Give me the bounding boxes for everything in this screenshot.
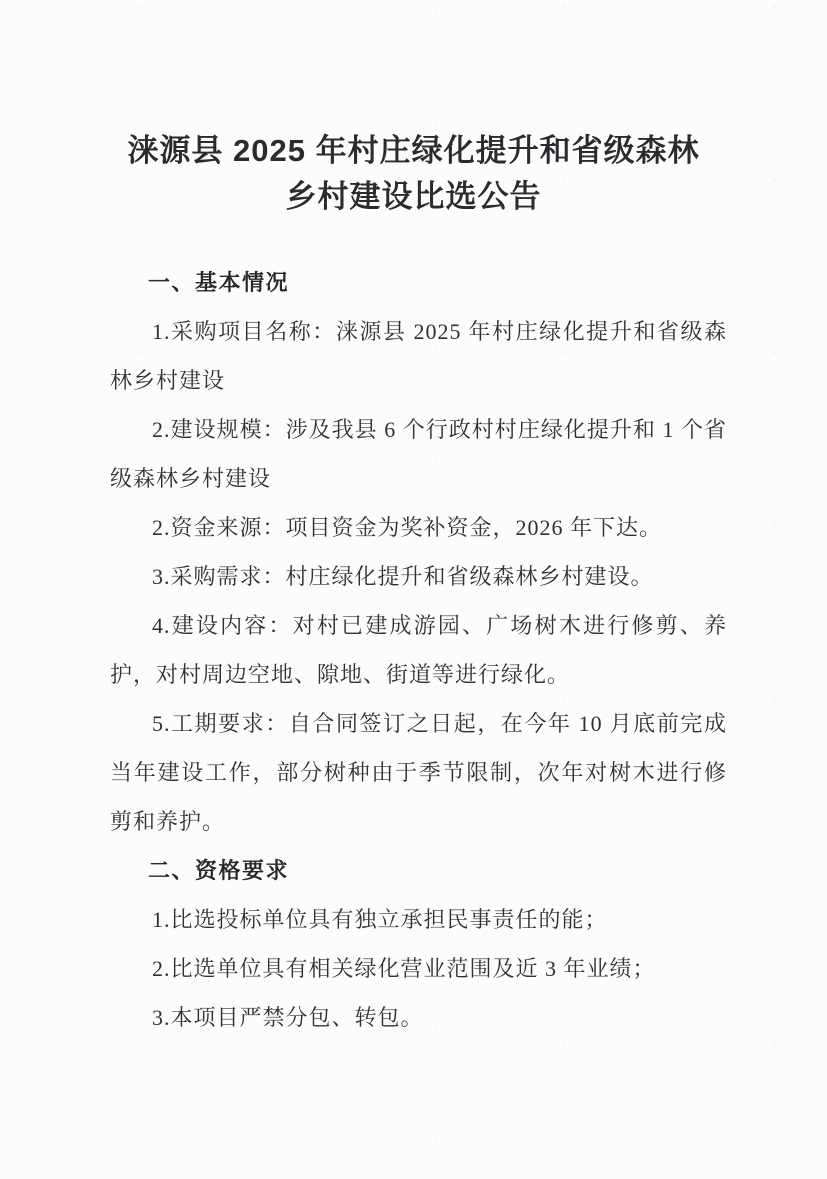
document-title: 涞源县 2025 年村庄绿化提升和省级森林 乡村建设比选公告: [0, 0, 827, 220]
paragraph-qualification-business-scope: 2.比选单位具有相关绿化营业范围及近 3 年业绩；: [110, 944, 727, 993]
title-line-1: 涞源县 2025 年村庄绿化提升和省级森林: [60, 128, 767, 174]
document-page: 涞源县 2025 年村庄绿化提升和省级森林 乡村建设比选公告 一、基本情况 1.…: [0, 0, 827, 1179]
paragraph-procurement-project-name: 1.采购项目名称：涞源县 2025 年村庄绿化提升和省级森林乡村建设: [110, 307, 727, 405]
paragraph-qualification-civil-liability: 1.比选投标单位具有独立承担民事责任的能；: [110, 895, 727, 944]
paragraph-no-subcontracting: 3.本项目严禁分包、转包。: [110, 993, 727, 1042]
paragraph-schedule-requirement: 5.工期要求：自合同签订之日起，在今年 10 月底前完成当年建设工作，部分树种由…: [110, 699, 727, 846]
paragraph-procurement-demand: 3.采购需求：村庄绿化提升和省级森林乡村建设。: [110, 552, 727, 601]
title-line-2: 乡村建设比选公告: [60, 174, 767, 220]
paragraph-construction-scale: 2.建设规模：涉及我县 6 个行政村村庄绿化提升和 1 个省级森林乡村建设: [110, 405, 727, 503]
section-basic-info-heading: 一、基本情况: [110, 258, 727, 307]
paragraph-construction-content: 4.建设内容：对村已建成游园、广场树木进行修剪、养护，对村周边空地、隙地、街道等…: [110, 601, 727, 699]
section-qualification-heading: 二、资格要求: [110, 846, 727, 895]
document-body: 一、基本情况 1.采购项目名称：涞源县 2025 年村庄绿化提升和省级森林乡村建…: [110, 258, 727, 1042]
section-basic-info: 一、基本情况 1.采购项目名称：涞源县 2025 年村庄绿化提升和省级森林乡村建…: [110, 258, 727, 846]
section-qualification-requirements: 二、资格要求 1.比选投标单位具有独立承担民事责任的能； 2.比选单位具有相关绿…: [110, 846, 727, 1042]
paragraph-funding-source: 2.资金来源：项目资金为奖补资金，2026 年下达。: [110, 503, 727, 552]
